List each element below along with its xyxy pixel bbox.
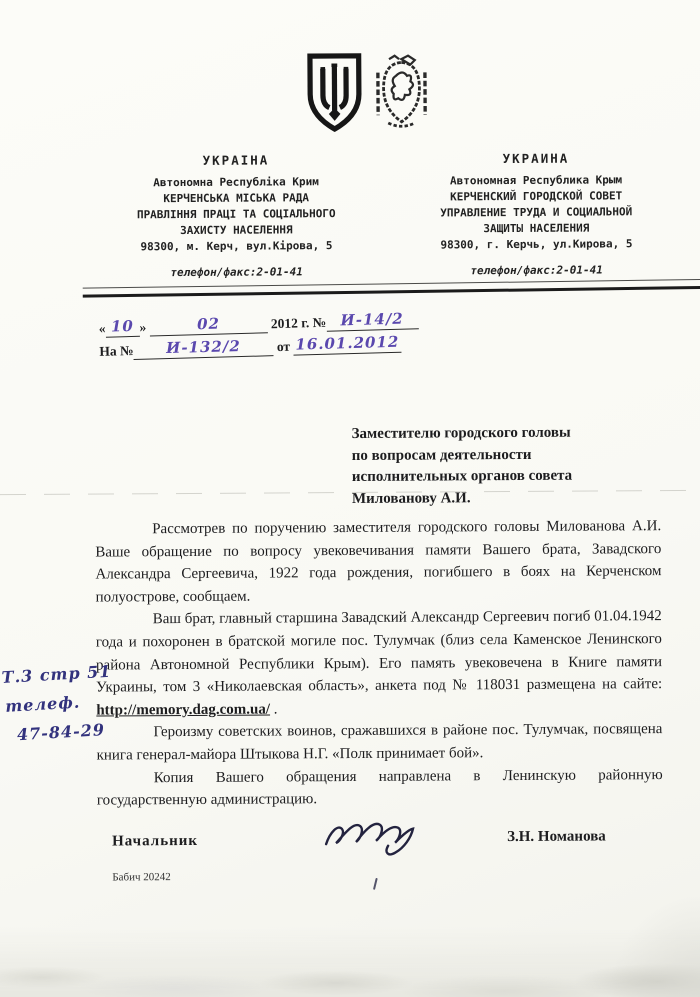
recipient-line: по вопросам деятельности [352, 444, 662, 467]
recipient-line: Заместителю городского головы [352, 422, 662, 445]
letterhead-right-phone: телефон/факс:2-01-41 [387, 262, 687, 280]
executor-note: Бабич 20242 [112, 871, 171, 883]
recipient-line: исполнительных органов совета [352, 465, 662, 488]
signer-position: Начальник [112, 833, 198, 851]
letterhead-left-country: УКРАІНА [86, 152, 386, 170]
letterhead-left-line: Автономна Республіка Крим [86, 174, 386, 192]
signer-name: З.Н. Номанова [507, 828, 606, 846]
letterhead-emblems [305, 52, 429, 135]
crimea-coat-of-arms-icon [373, 52, 429, 134]
letterhead-left-line: ЗАХИСТУ НАСЕЛЕННЯ [86, 222, 386, 240]
handwritten-doc-number: И-14/2 [340, 310, 404, 330]
letterhead-left-line: ПРАВЛІННЯ ПРАЦІ ТА СОЦІАЛЬНОГО [86, 206, 386, 224]
paragraph-2-text: Ваш брат, главный старшина Завадский Але… [96, 608, 662, 695]
letterhead-right-line: УПРАВЛЕНИЕ ТРУДА И СОЦИАЛЬНОЙ [386, 204, 686, 222]
paragraph-3: Героизму советских воинов, сражавшихся в… [96, 718, 662, 767]
ink-stray-mark [373, 878, 378, 890]
letterhead-right-address: 98300, г. Керчь, ул.Кирова, 5 [386, 236, 686, 254]
reply-prefix: На № [99, 343, 134, 359]
year-label: 2012 г. № [271, 315, 327, 331]
handwritten-day: 10 [111, 317, 134, 336]
letterhead-left-address: 98300, м. Керч, вул.Кірова, 5 [86, 238, 386, 256]
recipient-block: Заместителю городского головы по вопроса… [352, 422, 663, 510]
reference-reply-row: На №И-132/2 от 16.01.2012 [99, 333, 419, 361]
handwritten-signature [320, 810, 430, 864]
handwritten-month: 02 [197, 315, 220, 334]
letterhead-left-phone: телефон/факс:2-01-41 [87, 264, 387, 282]
reference-block: «10» 02 2012 г. №И-14/2 На №И-132/2 от 1… [98, 310, 419, 365]
letterhead-left: УКРАІНА Автономна Республіка Крим КЕРЧЕН… [86, 152, 387, 282]
handwritten-reply-number: И-132/2 [166, 337, 241, 357]
margin-handwritten-note: Т.3 стр 51 телеф. 47-84-29 [1, 657, 116, 750]
letterhead-divider-thick [83, 286, 700, 298]
paragraph-2-tail: . [270, 701, 278, 717]
letterhead-right-line: КЕРЧЕНСКИЙ ГОРОДСКОЙ СОВЕТ [386, 188, 686, 206]
ukraine-trident-icon [305, 52, 363, 134]
from-label: от [277, 339, 291, 354]
handwritten-reply-date: 16.01.2012 [295, 333, 399, 354]
letterhead-right-line: ЗАЩИТЫ НАСЕЛЕНИЯ [386, 220, 686, 238]
letterhead-right: УКРАИНА Автономная Республика Крым КЕРЧЕ… [386, 150, 687, 280]
scanned-letter-page: УКРАІНА Автономна Республіка Крим КЕРЧЕН… [0, 0, 700, 997]
letterhead-left-line: КЕРЧЕНСЬКА МІСЬКА РАДА [86, 190, 386, 208]
letterhead-right-line: Автономная Республика Крым [386, 172, 686, 190]
paragraph-1: Рассмотрев по поручению заместителя горо… [95, 515, 662, 609]
quote-close: » [139, 320, 146, 335]
paragraph-2: Ваш брат, главный старшина Завадский Але… [96, 605, 663, 721]
memory-site-url: http://memory.dag.com.ua/ [96, 701, 270, 718]
margin-note-line: 47-84-29 [16, 715, 115, 750]
letter-body: Рассмотрев по поручению заместителя горо… [95, 515, 663, 812]
letterhead-right-country: УКРАИНА [386, 150, 686, 168]
paragraph-4: Копия Вашего обращения направлена в Лени… [97, 764, 663, 813]
